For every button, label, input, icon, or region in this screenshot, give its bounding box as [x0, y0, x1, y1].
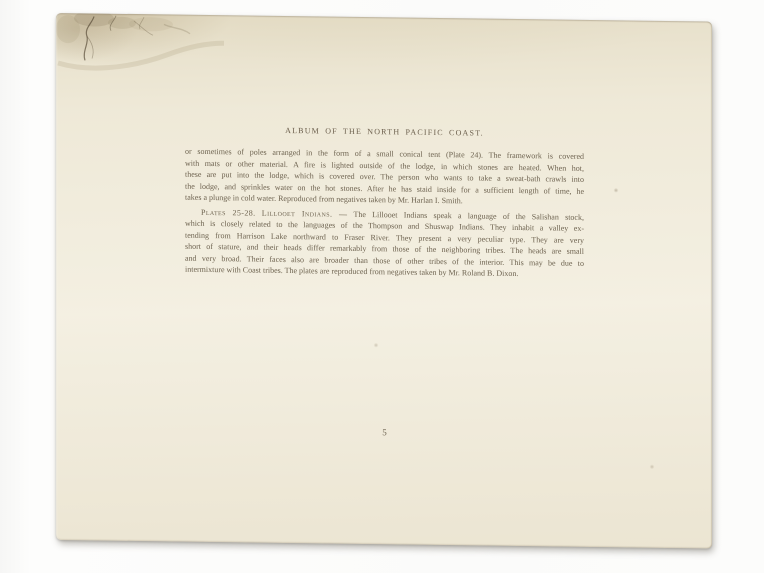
paragraph-sweat-lodge: or sometimes of poles arranged in the fo… — [185, 146, 584, 209]
photo-backdrop: ALBUM OF THE NORTH PACIFIC COAST. or som… — [0, 0, 764, 573]
album-page: ALBUM OF THE NORTH PACIFIC COAST. or som… — [56, 13, 712, 549]
running-head: ALBUM OF THE NORTH PACIFIC COAST. — [185, 125, 584, 139]
page-number: 5 — [185, 425, 584, 440]
corner-stain — [56, 13, 226, 90]
text-block: ALBUM OF THE NORTH PACIFIC COAST. or som… — [185, 125, 584, 281]
paragraph-lillooet: Plates 25-28. Lillooet Indians. — The Li… — [185, 206, 584, 280]
tribe-label: Lillooet Indians. — — [262, 208, 348, 218]
plates-label: Plates 25-28. — [201, 207, 256, 217]
